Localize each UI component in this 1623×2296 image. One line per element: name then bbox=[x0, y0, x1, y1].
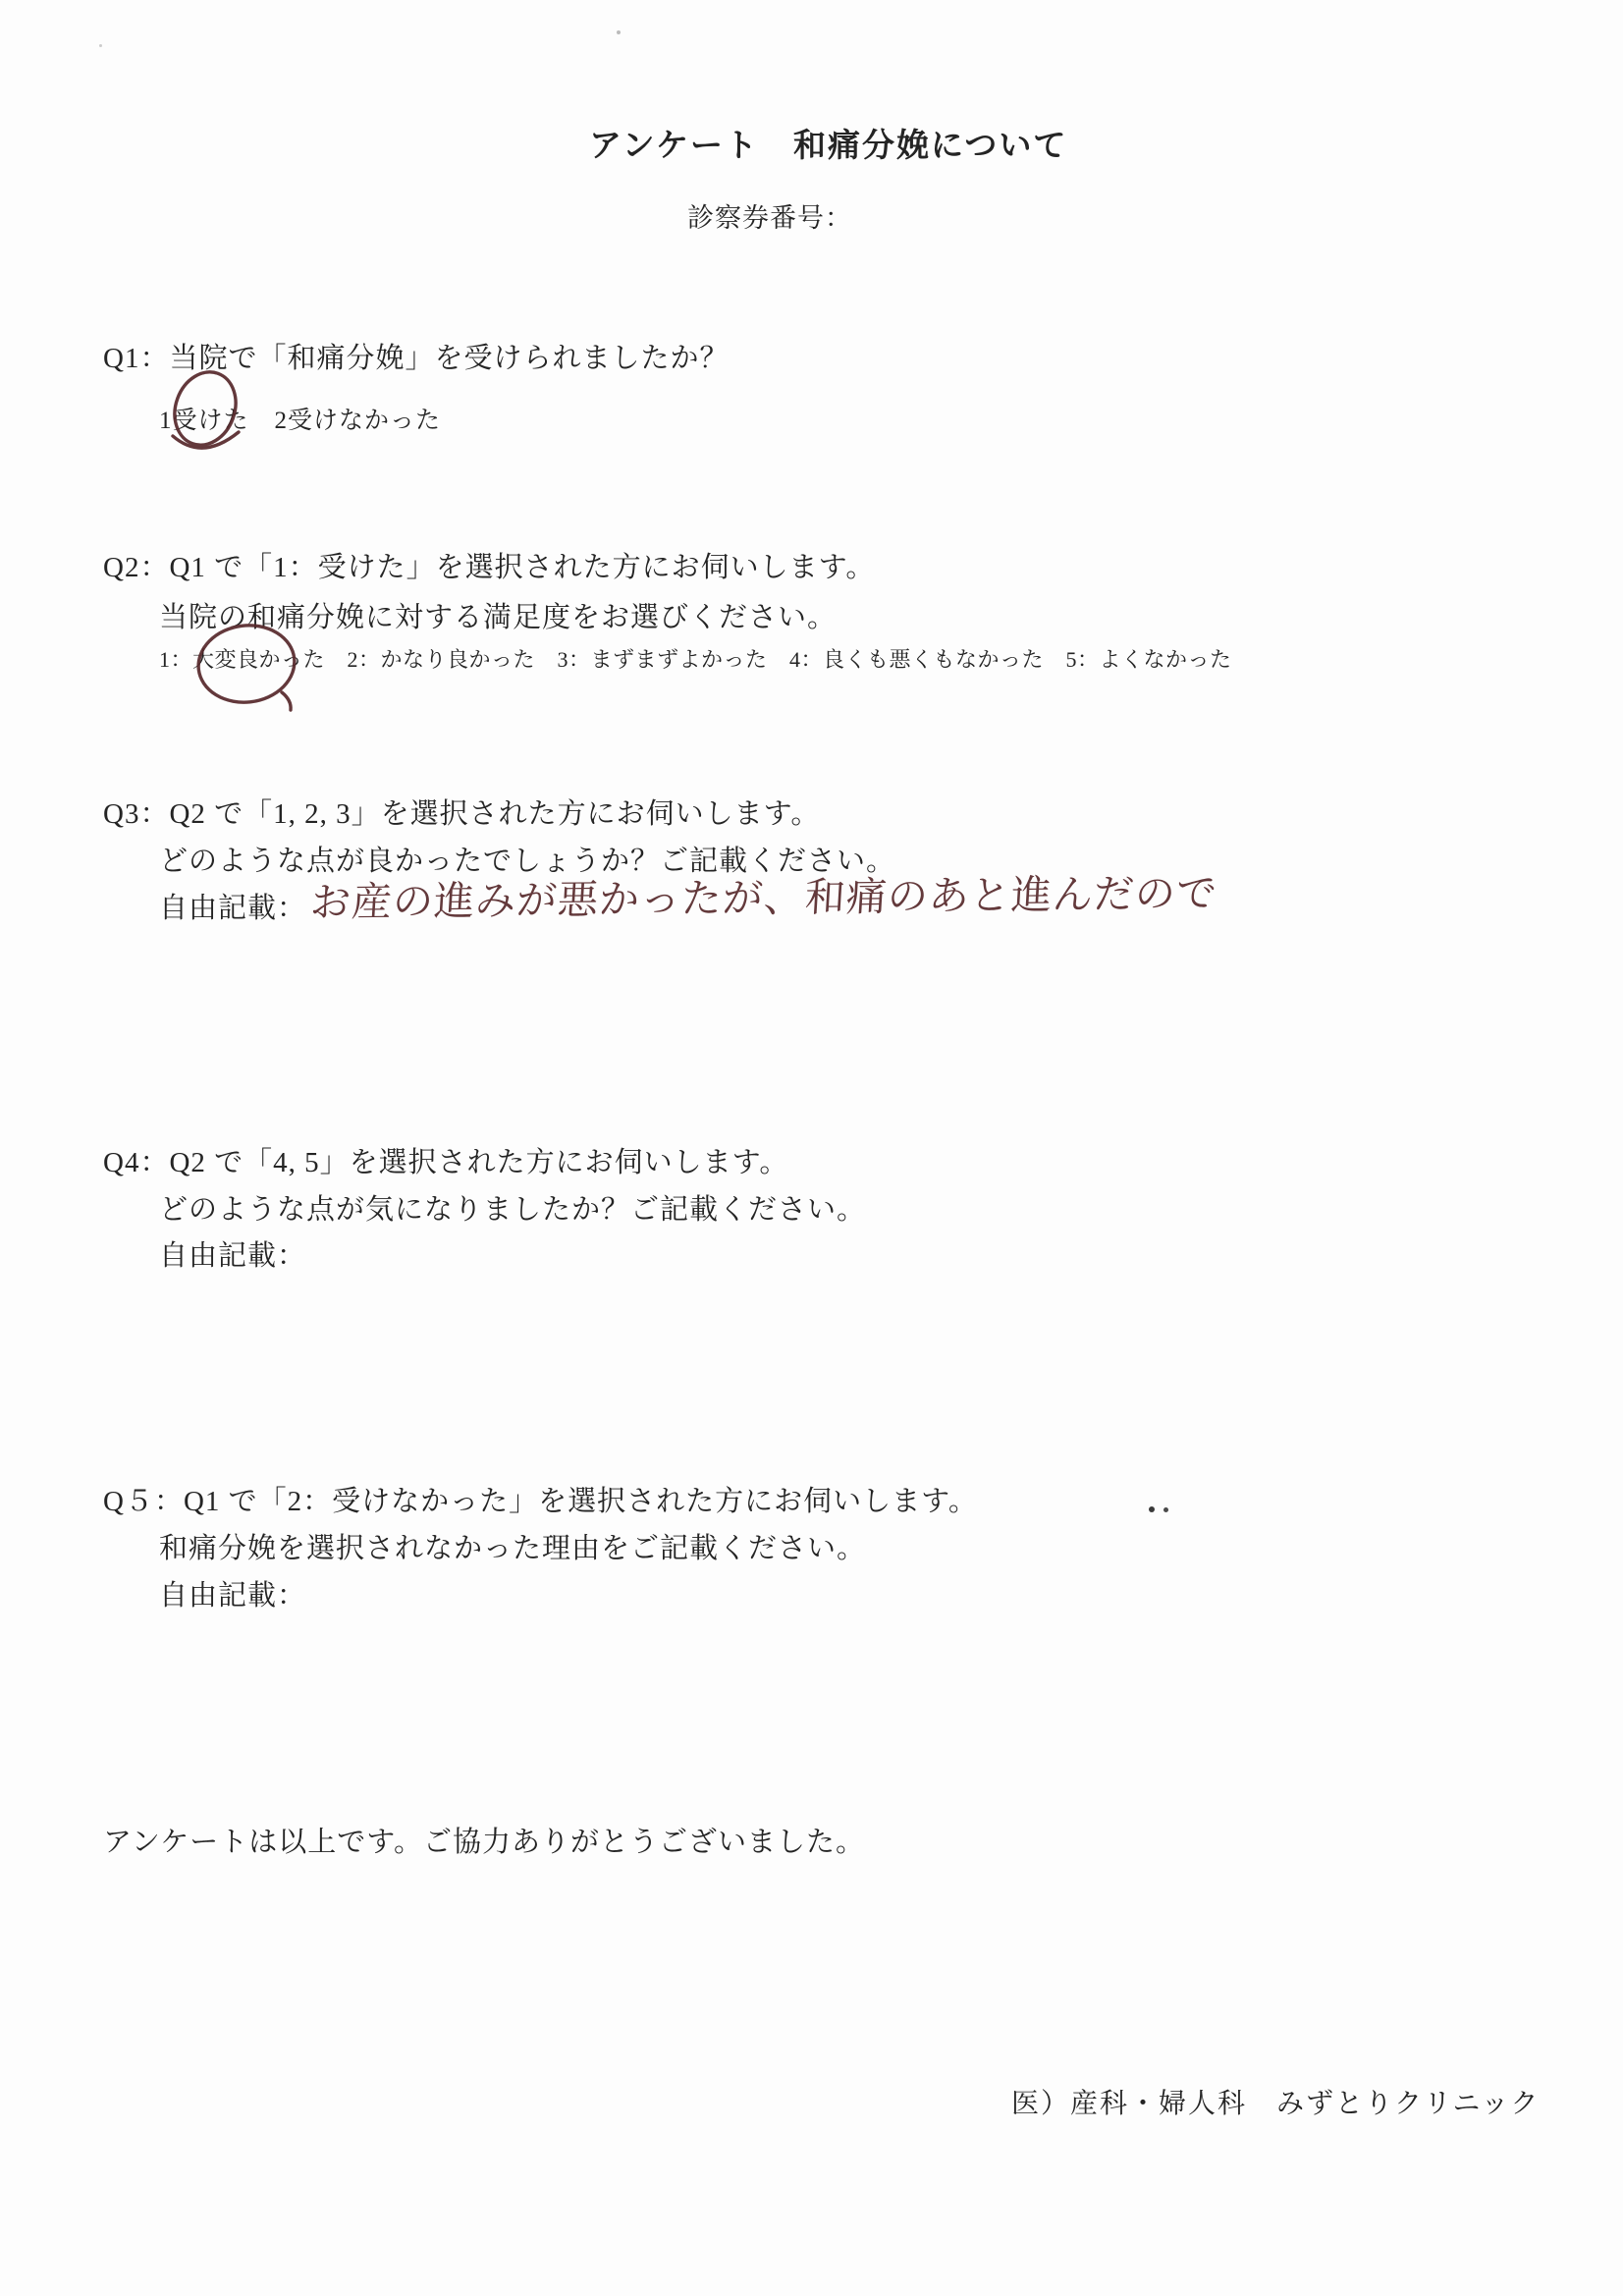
scan-artifact-dot bbox=[1163, 1507, 1168, 1512]
q3-handwritten-answer: お産の進みが悪かったが、和痛のあと進んだので bbox=[308, 860, 1218, 928]
q5-free-entry-label: 自由記載： bbox=[159, 1573, 306, 1613]
card-number-label: 診察券番号： bbox=[687, 196, 852, 235]
clinic-signature: 医）産科・婦人科 みずとりクリニック bbox=[1011, 2082, 1540, 2121]
q4-question-text: Q4：Q2 で「4, 5」を選択された方にお伺いします。 bbox=[103, 1140, 788, 1180]
scan-artifact-dot bbox=[1149, 1506, 1155, 1512]
q4-free-entry-label: 自由記載： bbox=[159, 1233, 306, 1274]
q2-options: 1：大変良かった 2：かなり良かった 3：まずまずよかった 4：良くも悪くもなか… bbox=[159, 643, 1232, 674]
q2-question-text: Q2：Q1 で「1：受けた」を選択された方にお伺いします。 bbox=[103, 545, 875, 585]
q5-question-text: Q５：Q1 で「2：受けなかった」を選択された方にお伺いします。 bbox=[103, 1479, 978, 1519]
q1-options: 1受けた 2受けなかった bbox=[159, 401, 441, 436]
q5-question-text-line2: 和痛分娩を選択されなかった理由をご記載ください。 bbox=[159, 1526, 866, 1566]
q2-question-text-line2: 当院の和痛分娩に対する満足度をお選びください。 bbox=[159, 595, 837, 635]
closing-text: アンケートは以上です。ご協力ありがとうございました。 bbox=[103, 1820, 865, 1860]
q3-question-text: Q3：Q2 で「1, 2, 3」を選択された方にお伺いします。 bbox=[103, 792, 820, 832]
page-title: アンケート 和痛分娩について bbox=[589, 120, 1067, 166]
q4-question-text-line2: どのような点が気になりましたか？ご記載ください。 bbox=[159, 1187, 866, 1228]
q1-question-text: Q1：当院で「和痛分娩」を受けられましたか？ bbox=[103, 336, 729, 376]
q3-free-entry-label: 自由記載： bbox=[159, 886, 306, 926]
scan-artifact-dot bbox=[617, 30, 621, 34]
scanned-questionnaire-page: アンケート 和痛分娩について 診察券番号： Q1：当院で「和痛分娩」を受けられま… bbox=[0, 0, 1623, 2296]
scan-artifact-dot bbox=[99, 44, 102, 47]
